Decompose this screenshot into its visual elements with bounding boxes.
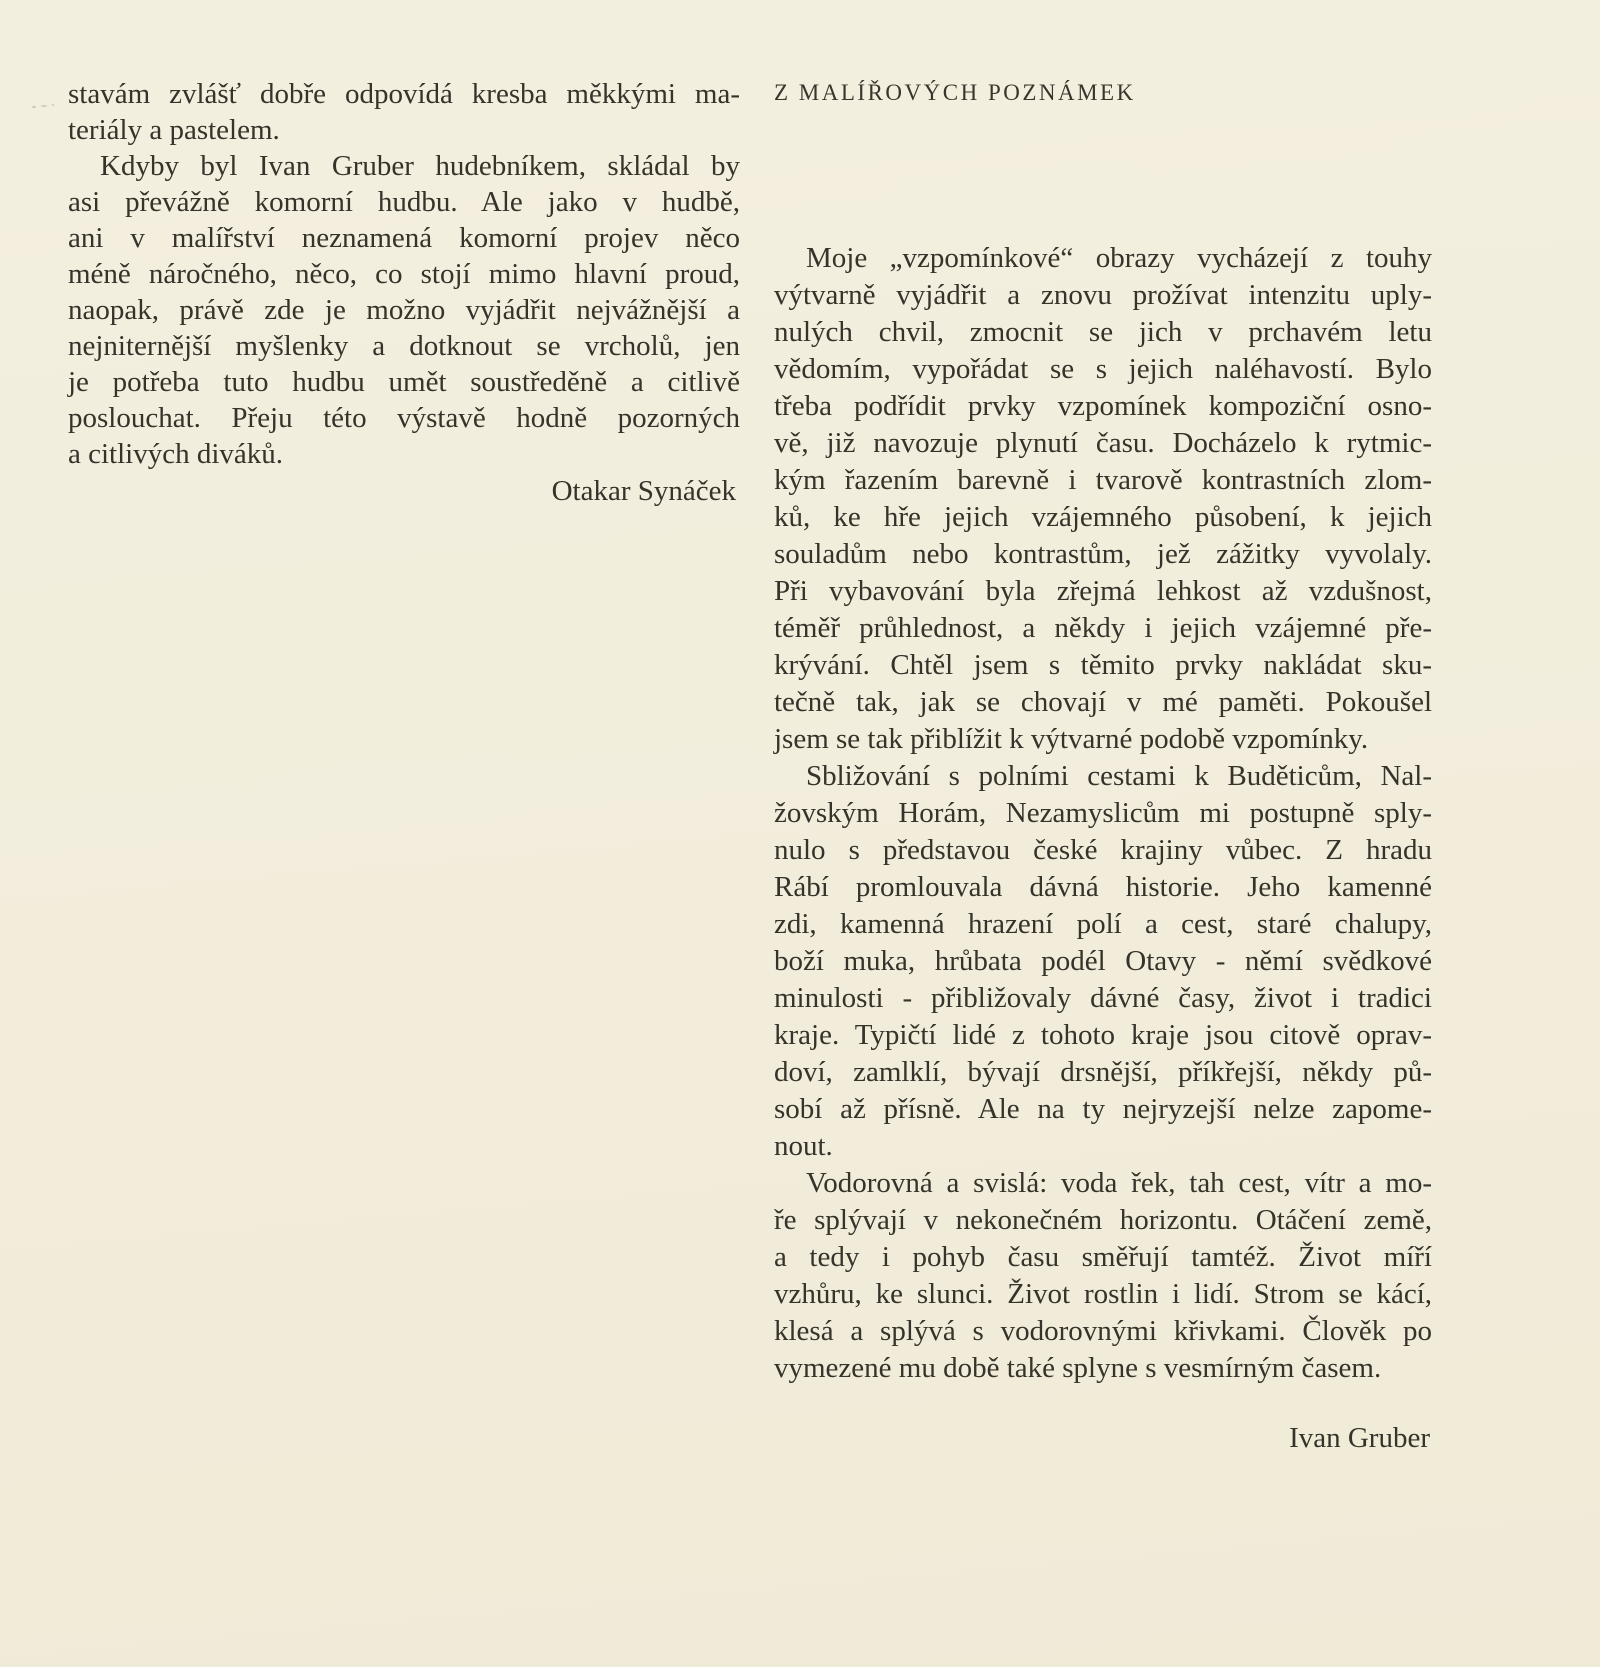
section-heading: Z MALÍŘOVÝCH POZNÁMEK xyxy=(774,80,1136,106)
text-line: asi převážně komorní hudbu. Ale jako v h… xyxy=(68,184,740,220)
text-line: je potřeba tuto hudbu umět soustředěně a… xyxy=(68,364,740,400)
text-line: Vodorovná a svislá: voda řek, tah cest, … xyxy=(774,1165,1432,1202)
book-page: Z MALÍŘOVÝCH POZNÁMEK stavám zvlášť dobř… xyxy=(0,0,1600,1667)
text-line: nejniternější myšlenky a dotknout se vrc… xyxy=(68,328,740,364)
text-line: ani v malířství neznamená komorní projev… xyxy=(68,220,740,256)
text-line: sobí až přísně. Ale na ty nejryzejší nel… xyxy=(774,1091,1432,1128)
text-line: Moje „vzpomínkové“ obrazy vycházejí z to… xyxy=(774,240,1432,277)
text-line: boží muka, hrůbata podél Otavy - němí sv… xyxy=(774,943,1432,980)
text-line: a citlivých diváků. xyxy=(68,436,740,472)
text-line: méně náročného, něco, co stojí mimo hlav… xyxy=(68,256,740,292)
right-column: Moje „vzpomínkové“ obrazy vycházejí z to… xyxy=(774,240,1432,1457)
text-line: a tedy i pohyb času směřují tamtéž. Živo… xyxy=(774,1239,1432,1276)
left-column: stavám zvlášť dobře odpovídá kresba měkk… xyxy=(68,76,740,509)
text-line: výtvarně vyjádřit a znovu prožívat inten… xyxy=(774,277,1432,314)
text-line: stavám zvlášť dobře odpovídá kresba měkk… xyxy=(68,76,740,112)
right-signature: Ivan Gruber xyxy=(774,1420,1432,1457)
paragraph: Sbližování s polními cestami k Buděticům… xyxy=(774,758,1432,1165)
ink-smudge xyxy=(28,100,58,110)
text-line: zdi, kamenná hrazení polí a cest, staré … xyxy=(774,906,1432,943)
paragraph: Kdyby byl Ivan Gruber hudebníkem, skláda… xyxy=(68,148,740,472)
text-line: vymezené mu době také splyne s vesmírným… xyxy=(774,1350,1432,1387)
text-line: Při vybavování byla zřejmá lehkost až vz… xyxy=(774,573,1432,610)
text-line: kraje. Typičtí lidé z tohoto kraje jsou … xyxy=(774,1017,1432,1054)
paragraph: Vodorovná a svislá: voda řek, tah cest, … xyxy=(774,1165,1432,1387)
text-line: Sbližování s polními cestami k Buděticům… xyxy=(774,758,1432,795)
text-line: třeba podřídit prvky vzpomínek kompozičn… xyxy=(774,388,1432,425)
text-line: doví, zamlklí, bývají drsnější, příkřejš… xyxy=(774,1054,1432,1091)
left-signature: Otakar Synáček xyxy=(68,473,740,509)
text-line: nout. xyxy=(774,1128,1432,1165)
text-line: minulosti - přibližovaly dávné časy, živ… xyxy=(774,980,1432,1017)
text-line: tečně tak, jak se chovají v mé paměti. P… xyxy=(774,684,1432,721)
text-line: jsem se tak přiblížit k výtvarné podobě … xyxy=(774,721,1432,758)
text-line: vědomím, vypořádat se s jejich naléhavos… xyxy=(774,351,1432,388)
text-line: vě, již navozuje plynutí času. Docházelo… xyxy=(774,425,1432,462)
left-column-text: stavám zvlášť dobře odpovídá kresba měkk… xyxy=(68,76,740,472)
paragraph: Moje „vzpomínkové“ obrazy vycházejí z to… xyxy=(774,240,1432,758)
paragraph: stavám zvlášť dobře odpovídá kresba měkk… xyxy=(68,76,740,148)
text-line: Rábí promlouvala dávná historie. Jeho ka… xyxy=(774,869,1432,906)
text-line: klesá a splývá s vodorovnými křivkami. Č… xyxy=(774,1313,1432,1350)
text-line: naopak, právě zde je možno vyjádřit nejv… xyxy=(68,292,740,328)
text-line: krývání. Chtěl jsem s těmito prvky naklá… xyxy=(774,647,1432,684)
text-line: nulých chvil, zmocnit se jich v prchavém… xyxy=(774,314,1432,351)
text-line: žovským Horám, Nezamyslicům mi postupně … xyxy=(774,795,1432,832)
text-line: Kdyby byl Ivan Gruber hudebníkem, skláda… xyxy=(68,148,740,184)
text-line: teriály a pastelem. xyxy=(68,112,740,148)
text-line: téměř průhlednost, a někdy i jejich vzáj… xyxy=(774,610,1432,647)
text-line: poslouchat. Přeju této výstavě hodně poz… xyxy=(68,400,740,436)
right-column-text: Moje „vzpomínkové“ obrazy vycházejí z to… xyxy=(774,240,1432,1387)
text-line: ků, ke hře jejich vzájemného působení, k… xyxy=(774,499,1432,536)
text-line: kým řazením barevně i tvarově kontrastní… xyxy=(774,462,1432,499)
text-line: vzhůru, ke slunci. Život rostlin i lidí.… xyxy=(774,1276,1432,1313)
text-line: nulo s představou české krajiny vůbec. Z… xyxy=(774,832,1432,869)
text-line: souladům nebo kontrastům, jež zážitky vy… xyxy=(774,536,1432,573)
text-line: ře splývají v nekonečném horizontu. Otáč… xyxy=(774,1202,1432,1239)
